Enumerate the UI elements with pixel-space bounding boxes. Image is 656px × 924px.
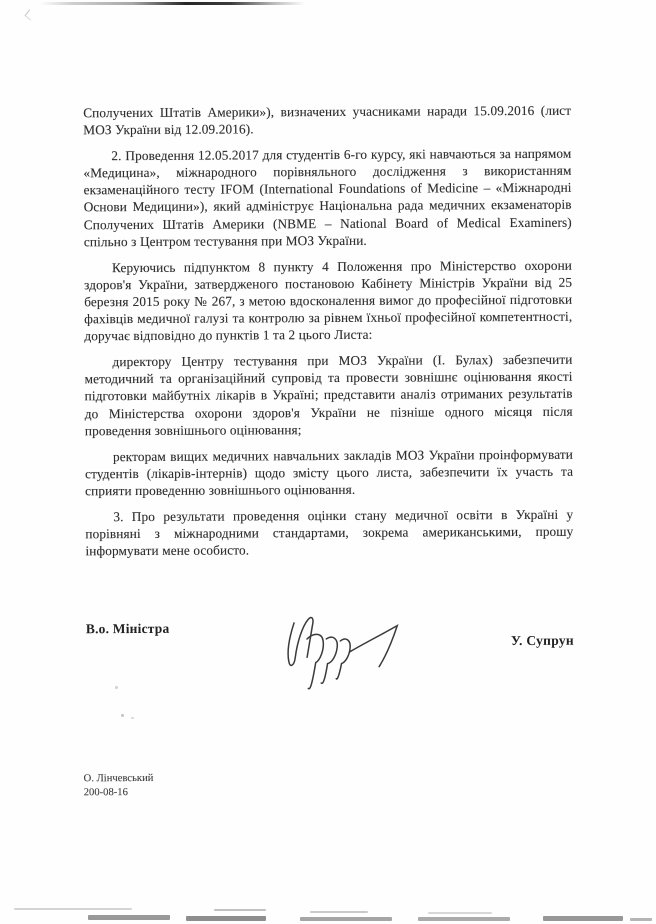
paragraph-legal-basis: Керуючись підпунктом 8 пункту 4 Положенн… (84, 256, 572, 344)
signature-block: В.о. Міністра У. Супрун (86, 619, 574, 702)
letter-content: Сполучених Штатів Америки»), визначених … (0, 0, 656, 924)
signer-role: В.о. Міністра (86, 621, 170, 637)
signer-name: У. Супрун (511, 633, 574, 649)
executor-block: О. Лінчевський 200-08-16 (84, 772, 154, 799)
handwritten-signature (274, 612, 424, 699)
paragraph-item-3: 3. Про результати проведення оцінки стан… (85, 506, 573, 560)
executor-phone: 200-08-16 (84, 785, 154, 799)
paragraph-continuation: Сполучених Штатів Америки»), визначених … (83, 102, 571, 139)
paragraph-instruction-rectors: ректорам вищих медичних навчальних закла… (85, 445, 573, 499)
paragraph-instruction-director: директору Центру тестування при МОЗ Укра… (84, 351, 572, 439)
letter-body: Сполучених Штатів Америки»), визначених … (83, 102, 573, 560)
executor-name: О. Лінчевський (84, 772, 154, 786)
scanned-letter-page: Сполучених Штатів Америки»), визначених … (0, 0, 656, 924)
paragraph-item-2: 2. Проведення 12.05.2017 для студентів 6… (83, 145, 572, 250)
